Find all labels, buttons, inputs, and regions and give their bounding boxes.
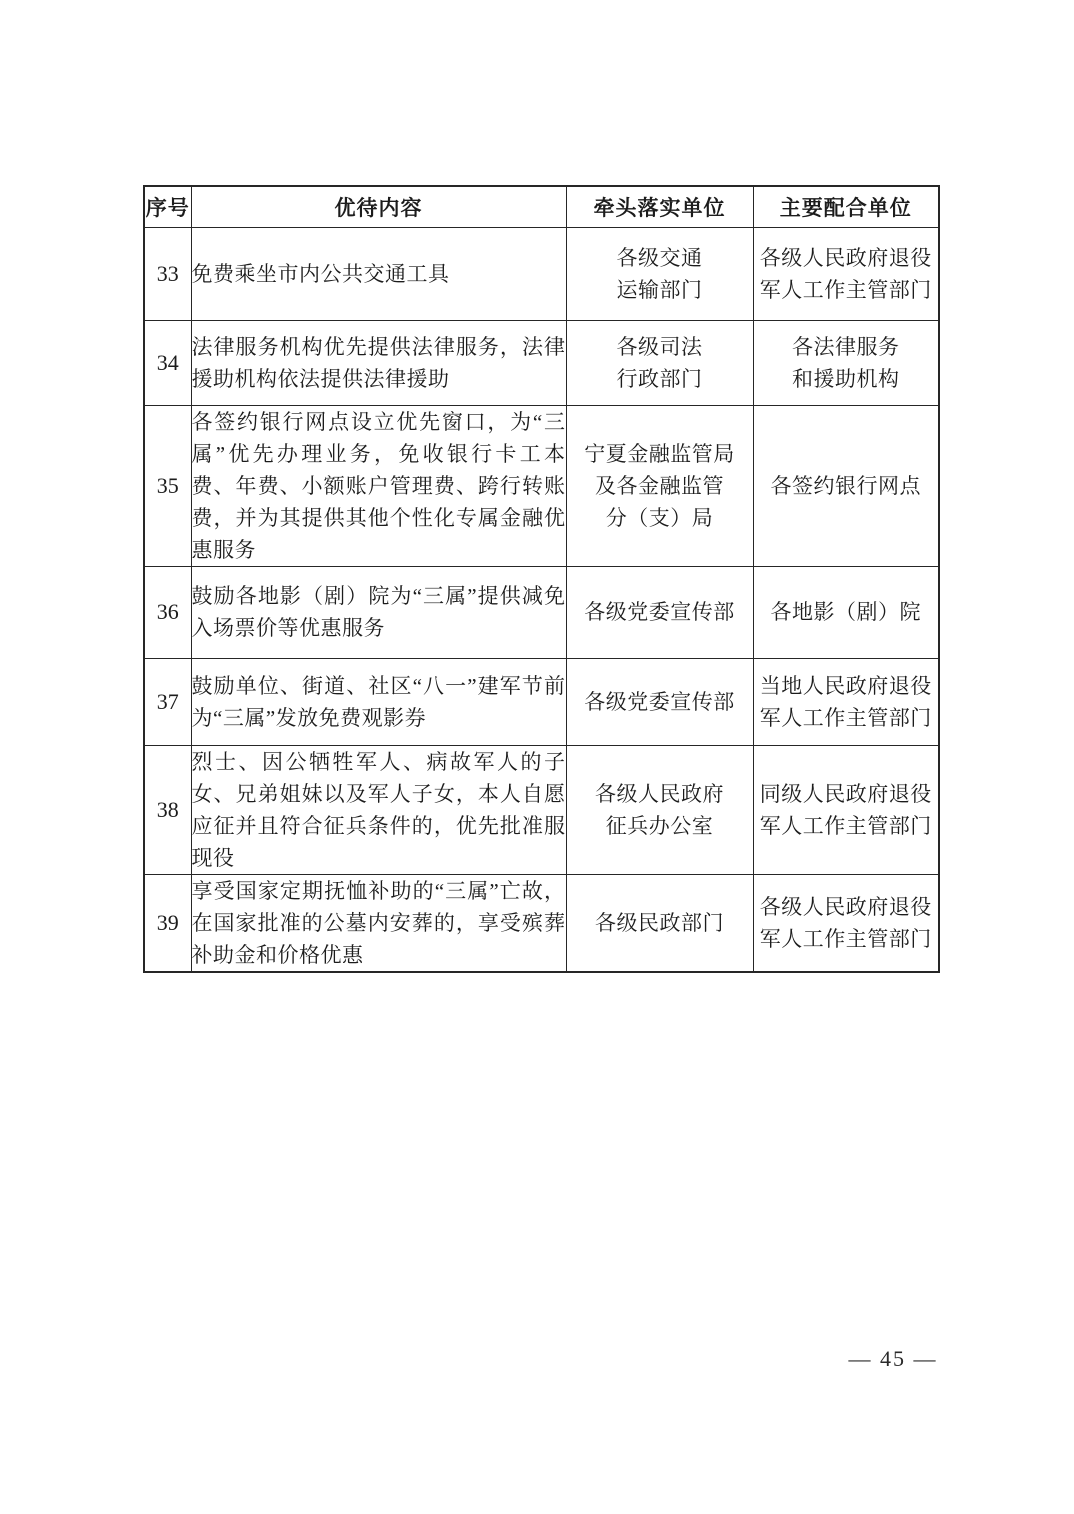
row-number: 33 [144,227,191,320]
benefit-content-cell: 享受国家定期抚恤补助的“三属”亡故，在国家批准的公墓内安葬的，享受殡葬补助金和价… [191,874,566,972]
coop-unit-cell: 各法律服务 和援助机构 [753,320,939,405]
row-number: 39 [144,874,191,972]
row-number: 36 [144,566,191,658]
coop-unit-cell: 各地影（剧）院 [753,566,939,658]
benefit-content-cell: 法律服务机构优先提供法律服务，法律援助机构依法提供法律援助 [191,320,566,405]
lead-unit-cell: 各级司法 行政部门 [566,320,753,405]
benefit-content-cell: 鼓励单位、街道、社区“八一”建军节前为“三属”发放免费观影券 [191,658,566,745]
row-number: 35 [144,405,191,566]
lead-unit-cell: 各级党委宣传部 [566,566,753,658]
header-cell-benefit-content: 优待内容 [191,186,566,227]
header-cell-coop-unit: 主要配合单位 [753,186,939,227]
lead-unit-cell: 各级民政部门 [566,874,753,972]
table-row: 37 鼓励单位、街道、社区“八一”建军节前为“三属”发放免费观影券 各级党委宣传… [144,658,939,745]
header-cell-lead-unit: 牵头落实单位 [566,186,753,227]
coop-unit-cell: 各级人民政府退役 军人工作主管部门 [753,227,939,320]
benefit-content-cell: 烈士、因公牺牲军人、病故军人的子女、兄弟姐妹以及军人子女，本人自愿应征并且符合征… [191,745,566,874]
header-cell-serial: 序号 [144,186,191,227]
coop-unit-cell: 当地人民政府退役 军人工作主管部门 [753,658,939,745]
table-row: 39 享受国家定期抚恤补助的“三属”亡故，在国家批准的公墓内安葬的，享受殡葬补助… [144,874,939,972]
benefit-content-cell: 鼓励各地影（剧）院为“三属”提供减免入场票价等优惠服务 [191,566,566,658]
row-number: 38 [144,745,191,874]
document-page: 序号 优待内容 牵头落实单位 主要配合单位 33 免费乘坐市内公共交通工具 各级… [0,0,1074,1514]
table-header-row: 序号 优待内容 牵头落实单位 主要配合单位 [144,186,939,227]
row-number: 37 [144,658,191,745]
table-row: 38 烈士、因公牺牲军人、病故军人的子女、兄弟姐妹以及军人子女，本人自愿应征并且… [144,745,939,874]
benefit-content-cell: 各签约银行网点设立优先窗口，为“三属”优先办理业务，免收银行卡工本费、年费、小额… [191,405,566,566]
lead-unit-cell: 各级党委宣传部 [566,658,753,745]
table-row: 33 免费乘坐市内公共交通工具 各级交通 运输部门 各级人民政府退役 军人工作主… [144,227,939,320]
coop-unit-cell: 各签约银行网点 [753,405,939,566]
coop-unit-cell: 同级人民政府退役 军人工作主管部门 [753,745,939,874]
row-number: 34 [144,320,191,405]
table-row: 35 各签约银行网点设立优先窗口，为“三属”优先办理业务，免收银行卡工本费、年费… [144,405,939,566]
lead-unit-cell: 各级人民政府 征兵办公室 [566,745,753,874]
lead-unit-cell: 各级交通 运输部门 [566,227,753,320]
coop-unit-cell: 各级人民政府退役 军人工作主管部门 [753,874,939,972]
table-row: 36 鼓励各地影（剧）院为“三属”提供减免入场票价等优惠服务 各级党委宣传部 各… [144,566,939,658]
page-number: — 45 — [838,1346,948,1372]
benefit-content-cell: 免费乘坐市内公共交通工具 [191,227,566,320]
lead-unit-cell: 宁夏金融监管局 及各金融监管 分（支）局 [566,405,753,566]
benefits-table: 序号 优待内容 牵头落实单位 主要配合单位 33 免费乘坐市内公共交通工具 各级… [143,185,940,973]
table-row: 34 法律服务机构优先提供法律服务，法律援助机构依法提供法律援助 各级司法 行政… [144,320,939,405]
